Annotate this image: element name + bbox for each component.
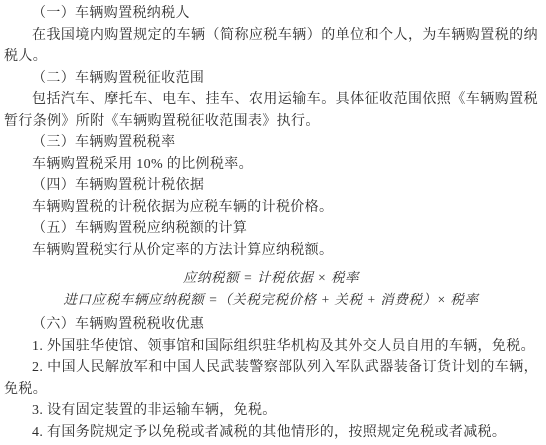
list-item: 3. 设有固定装置的非运输车辆，免税。 [4, 400, 538, 422]
paragraph: 包括汽车、摩托车、电车、挂车、农用运输车。具体征收范围依照《车辆购置税暂行条例》… [4, 89, 538, 132]
paragraph: 车辆购置税实行从价定率的方法计算应纳税额。 [4, 240, 538, 262]
document-page: （一）车辆购置税纳税人 在我国境内购置规定的车辆（简称应税车辆）的单位和个人，为… [0, 0, 546, 445]
section-heading-4: （四）车辆购置税计税依据 [4, 175, 538, 197]
paragraph: 车辆购置税的计税依据为应税车辆的计税价格。 [4, 197, 538, 219]
formula-block: 应纳税额 = 计税依据 × 税率 进口应税车辆应纳税额 =（关税完税价格 + 关… [4, 267, 538, 310]
paragraph: 车辆购置税采用 10% 的比例税率。 [4, 154, 538, 176]
section-heading-6: （六）车辆购置税税收优惠 [4, 314, 538, 336]
section-heading-1: （一）车辆购置税纳税人 [4, 3, 538, 25]
list-item: 1. 外国驻华使馆、领事馆和国际组织驻华机构及其外交人员自用的车辆，免税。 [4, 336, 538, 358]
formula-line: 进口应税车辆应纳税额 =（关税完税价格 + 关税 + 消费税）× 税率 [4, 289, 538, 311]
list-item: 2. 中国人民解放军和中国人民武装警察部队列入军队武器装备订货计划的车辆，免税。 [4, 357, 538, 400]
section-heading-3: （三）车辆购置税税率 [4, 132, 538, 154]
section-heading-5: （五）车辆购置税应纳税额的计算 [4, 218, 538, 240]
list-item: 4. 有国务院规定予以免税或者减税的其他情形的，按照规定免税或者减税。 [4, 422, 538, 444]
formula-line: 应纳税额 = 计税依据 × 税率 [4, 267, 538, 289]
paragraph: 在我国境内购置规定的车辆（简称应税车辆）的单位和个人，为车辆购置税的纳税人。 [4, 25, 538, 68]
section-heading-2: （二）车辆购置税征收范围 [4, 68, 538, 90]
